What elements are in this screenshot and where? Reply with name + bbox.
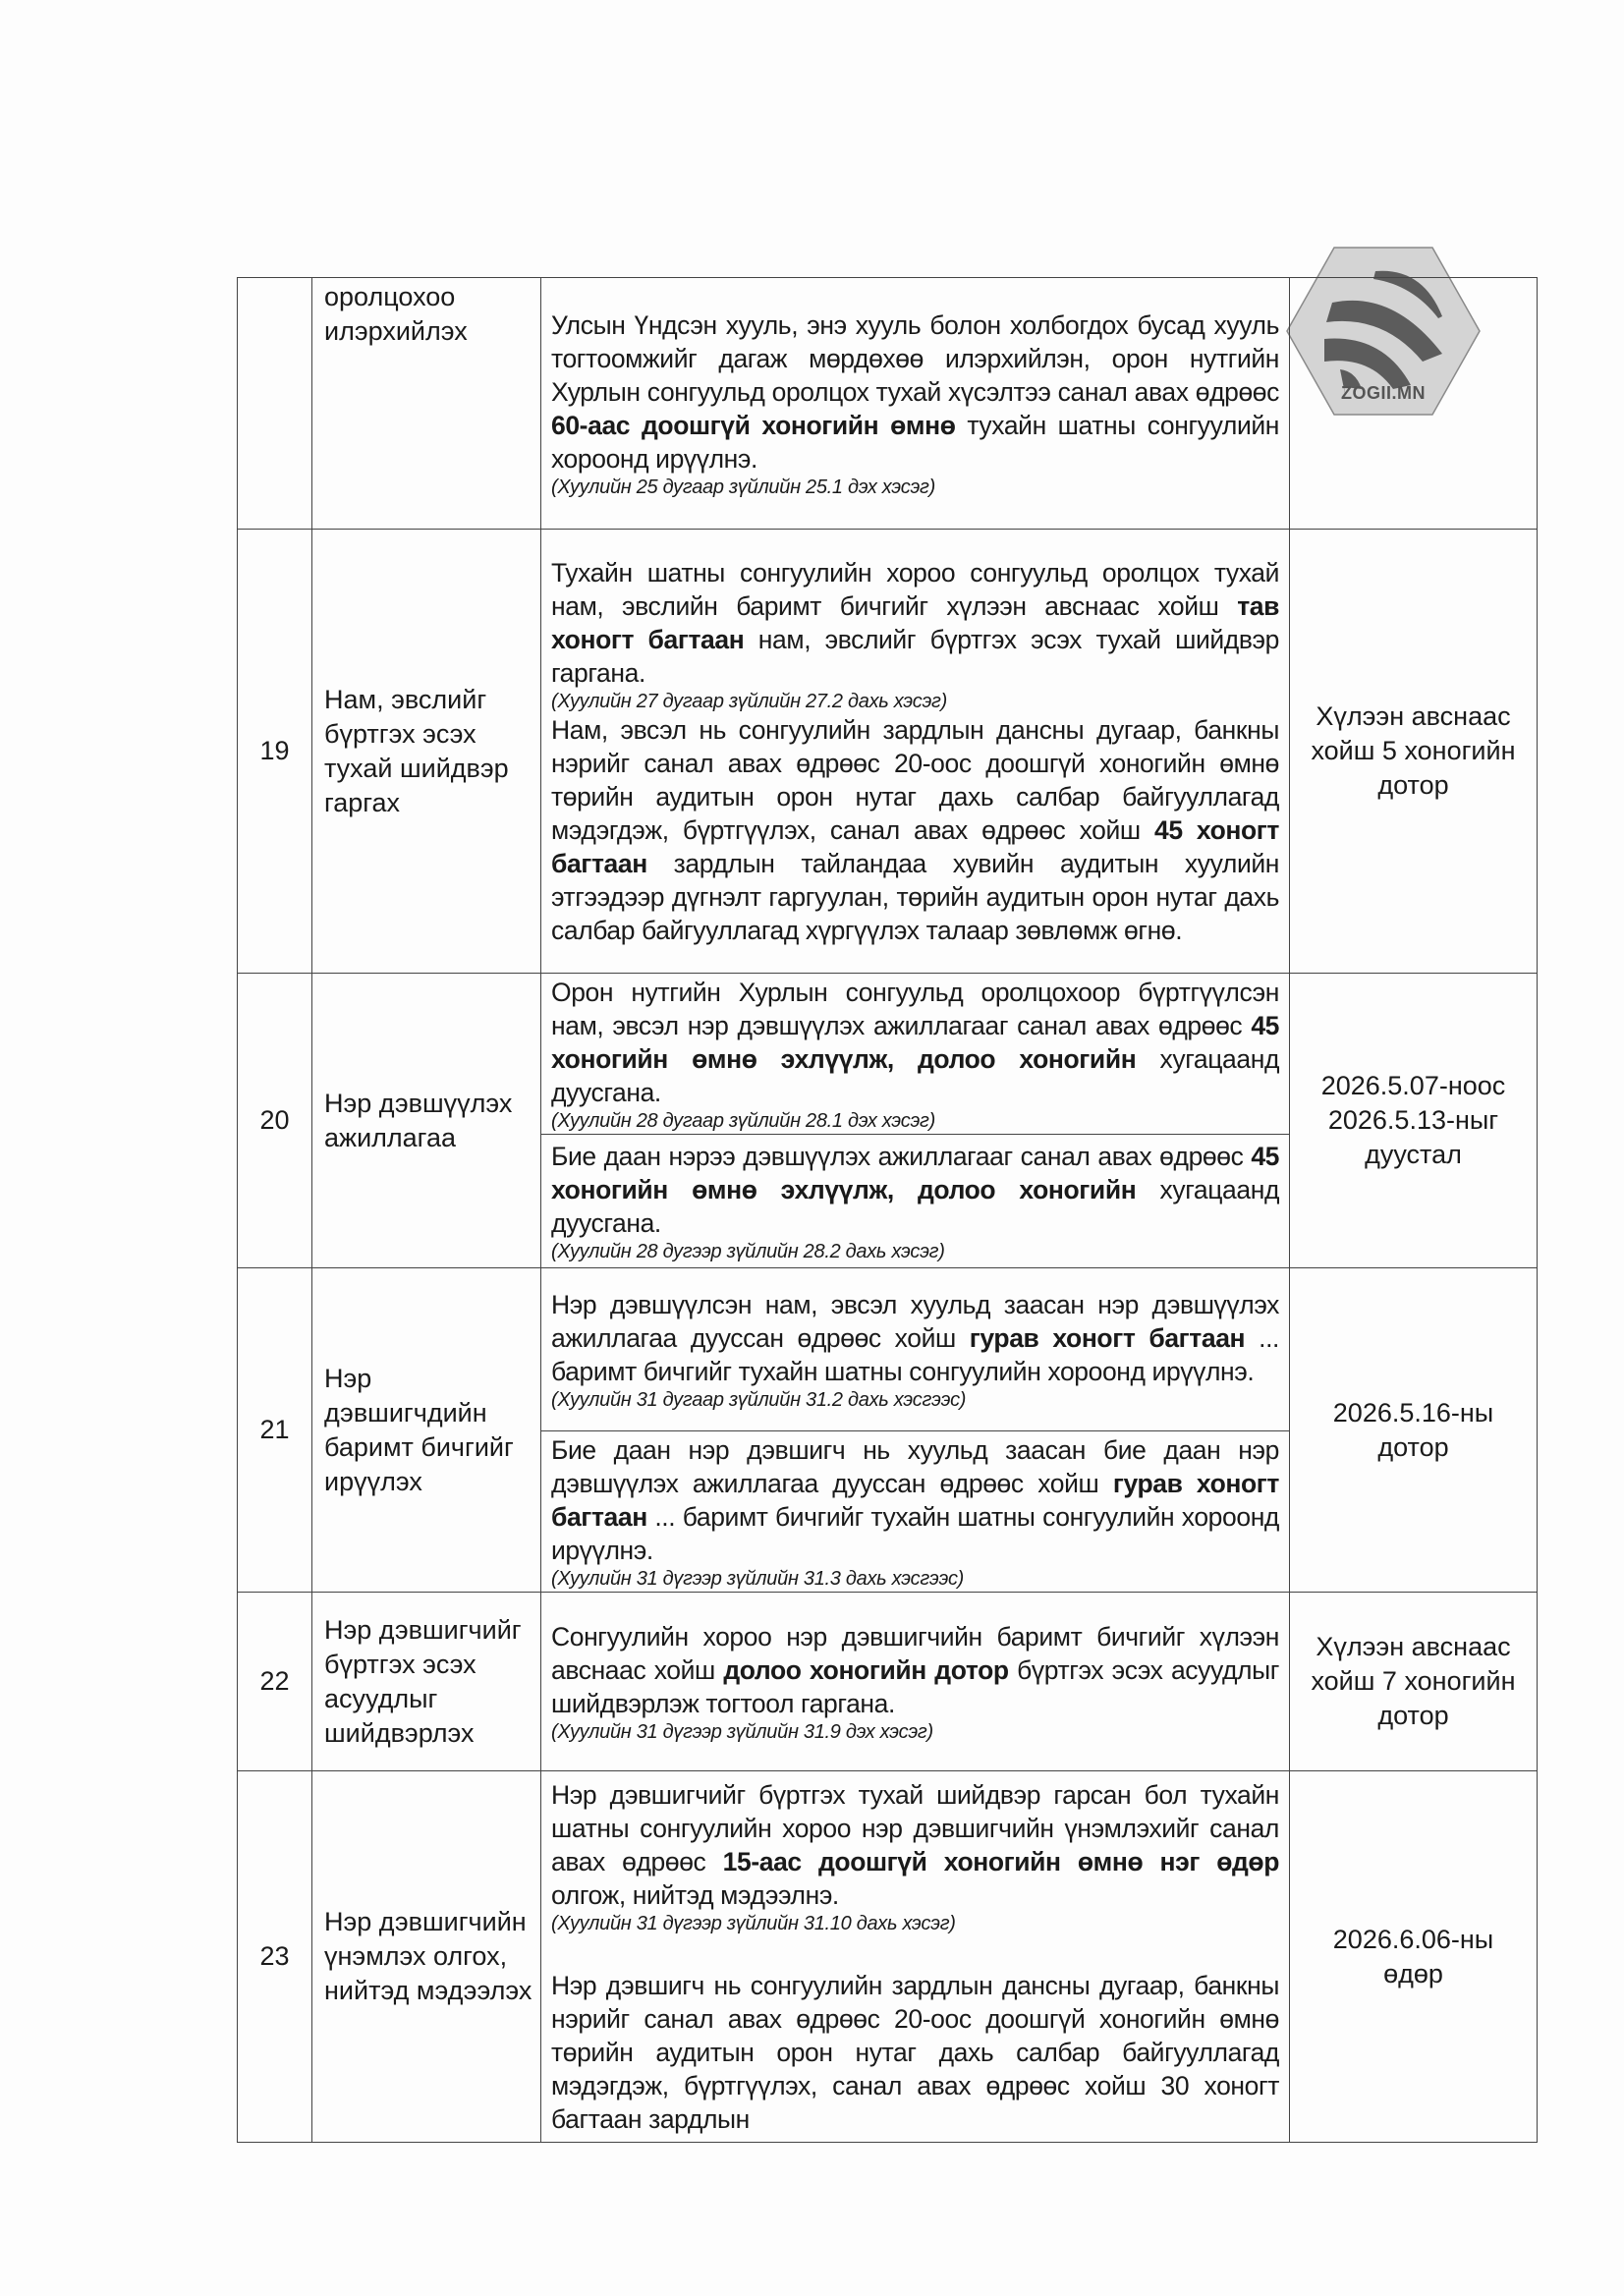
activity-cell: Нэр дэвшүүлэх ажиллагаа <box>312 974 541 1268</box>
description-cell: Нэр дэвшигчийг бүртгэх тухай шийдвэр гар… <box>541 1771 1290 2143</box>
description-cell: Бие даан нэр дэвшигч нь хуульд заасан би… <box>541 1431 1290 1593</box>
deadline-cell: 2026.5.07-ноос 2026.5.13-ныг дуустал <box>1290 974 1538 1268</box>
row-number: 21 <box>238 1268 312 1593</box>
deadline-cell: 2026.6.06-ны өдөр <box>1290 1771 1538 2143</box>
table-row: 23 Нэр дэвшигчийн үнэмлэх олгох, нийтэд … <box>238 1771 1538 2143</box>
row-number: 23 <box>238 1771 312 2143</box>
activity-cell: оролцохоо илэрхийлэх <box>312 278 541 530</box>
deadline-cell: Хүлээн авснаас хойш 7 хоногийн дотор <box>1290 1593 1538 1771</box>
law-reference: (Хуулийн 25 дугаар зүйлийн 25.1 дэх хэсэ… <box>551 476 1279 499</box>
description-cell: Улсын Үндсэн хууль, энэ хууль болон холб… <box>541 278 1290 530</box>
description-cell: Бие даан нэрээ дэвшүүлэх ажиллагааг сана… <box>541 1135 1290 1268</box>
row-number: 20 <box>238 974 312 1268</box>
law-reference: (Хуулийн 31 дүгээр зүйлийн 31.10 дахь хэ… <box>551 1912 1279 1935</box>
activity-cell: Нэр дэвшигчийн үнэмлэх олгох, нийтэд мэд… <box>312 1771 541 2143</box>
law-reference: (Хуулийн 27 дугаар зүйлийн 27.2 дахь хэс… <box>551 690 1279 713</box>
activity-cell: Нэр дэвшигчдийн баримт бичгийг ирүүлэх <box>312 1268 541 1593</box>
law-reference: (Хуулийн 31 дүгээр зүйлийн 31.3 дахь хэс… <box>551 1567 1279 1591</box>
description-cell: Сонгуулийн хороо нэр дэвшигчийн баримт б… <box>541 1593 1290 1771</box>
law-reference: (Хуулийн 31 дүгээр зүйлийн 31.9 дэх хэсэ… <box>551 1720 1279 1744</box>
description-cell: Орон нутгийн Хурлын сонгуульд оролцохоор… <box>541 974 1290 1135</box>
table-row: 19 Нам, эвслийг бүртгэх эсэх тухай шийдв… <box>238 530 1538 974</box>
deadline-cell: 2026.5.16-ны дотор <box>1290 1268 1538 1593</box>
row-number: 22 <box>238 1593 312 1771</box>
deadline-cell <box>1290 278 1538 530</box>
table-row: 21 Нэр дэвшигчдийн баримт бичгийг ирүүлэ… <box>238 1268 1538 1431</box>
activity-cell: Нэр дэвшигчийг бүртгэх эсэх асуудлыг ший… <box>312 1593 541 1771</box>
document-page: ZOGII.MN оролцохоо илэрхийлэх Улсын Үндс… <box>0 0 1624 2296</box>
law-reference: (Хуулийн 31 дугаар зүйлийн 31.2 дахь хэс… <box>551 1388 1279 1412</box>
activity-cell: Нам, эвслийг бүртгэх эсэх тухай шийдвэр … <box>312 530 541 974</box>
table-row: 20 Нэр дэвшүүлэх ажиллагаа Орон нутгийн … <box>238 974 1538 1135</box>
law-reference: (Хуулийн 28 дугээр зүйлийн 28.2 дахь хэс… <box>551 1240 1279 1263</box>
row-number <box>238 278 312 530</box>
description-cell: Нэр дэвшүүлсэн нам, эвсэл хуульд заасан … <box>541 1268 1290 1431</box>
description-cell: Тухайн шатны сонгуулийн хороо сонгуульд … <box>541 530 1290 974</box>
row-number: 19 <box>238 530 312 974</box>
table-row: оролцохоо илэрхийлэх Улсын Үндсэн хууль,… <box>238 278 1538 530</box>
election-schedule-table: оролцохоо илэрхийлэх Улсын Үндсэн хууль,… <box>237 277 1538 2143</box>
law-reference: (Хуулийн 28 дугаар зүйлийн 28.1 дэх хэсэ… <box>551 1109 1279 1133</box>
deadline-cell: Хүлээн авснаас хойш 5 хоногийн дотор <box>1290 530 1538 974</box>
table-row: 22 Нэр дэвшигчийг бүртгэх эсэх асуудлыг … <box>238 1593 1538 1771</box>
